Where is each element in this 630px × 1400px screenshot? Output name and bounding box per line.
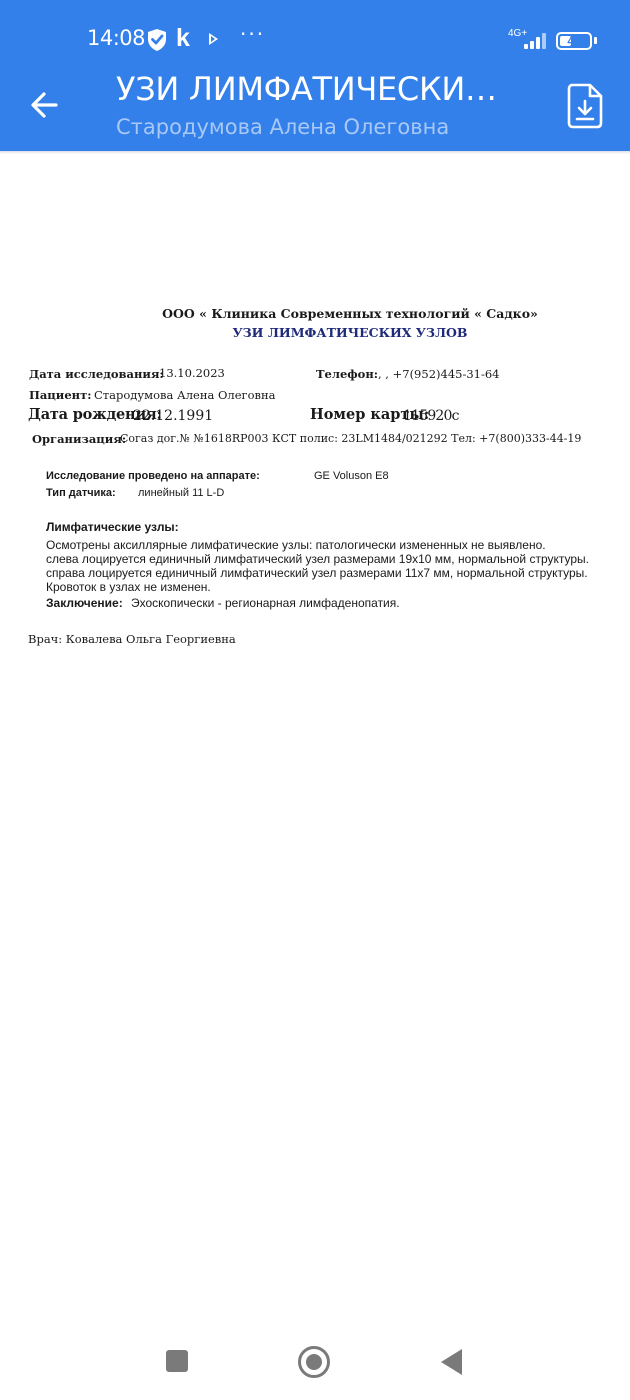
circle-home-icon[interactable] [298, 1346, 330, 1378]
document-viewer[interactable]: ООО « Клиника Современных технологий « С… [0, 154, 630, 1314]
clinic-name: ООО « Клиника Современных технологий « С… [0, 306, 630, 321]
exam-date: 13.10.2023 [159, 366, 225, 380]
shield-check-icon [146, 28, 168, 52]
patient-subtitle: Стародумова Алена Олеговна [116, 115, 449, 139]
k-app-icon: k [176, 24, 190, 53]
probe-label: Тип датчика: [46, 487, 116, 499]
signal-icon [518, 33, 548, 49]
square-recents-icon[interactable] [166, 1350, 188, 1372]
more-dots-icon: ··· [240, 22, 265, 46]
battery-icon: 41 [556, 32, 592, 50]
page-title: УЗИ ЛИМФАТИЧЕСКИХ... [116, 70, 516, 108]
exam-date-label: Дата исследования: [29, 367, 164, 381]
finding-line: справа лоцируется единичный лимфатически… [46, 566, 588, 580]
conclusion: Эхоскопически - регионарная лимфаденопат… [131, 596, 400, 610]
finding-line: Осмотрены аксиллярные лимфатические узлы… [46, 538, 546, 552]
device-label: Исследование проведено на аппарате: [46, 470, 260, 482]
status-time: 14:08 [87, 26, 145, 50]
triangle-back-icon[interactable] [441, 1349, 462, 1375]
organization: Согаз дог.№ №1618RP003 КСТ полис: 23LM14… [120, 432, 581, 445]
finding-line: слева лоцируется единичный лимфатический… [46, 552, 589, 566]
play-icon [209, 33, 218, 45]
battery-tip [594, 37, 597, 44]
system-nav-bar [0, 1320, 630, 1400]
device: GE Voluson E8 [314, 470, 389, 482]
patient-name: Стародумова Алена Олеговна [94, 388, 275, 402]
battery-level: 41 [558, 34, 590, 48]
app-bar: 14:08 k ··· 4G+ 41 УЗИ ЛИМФАТИЧЕСКИХ... … [0, 0, 630, 151]
section-title: Лимфатические узлы: [46, 520, 179, 534]
card-number: 115920с [403, 408, 459, 424]
conclusion-label: Заключение: [46, 596, 123, 610]
finding-line: Кровоток в узлах не изменен. [46, 580, 211, 594]
patient-label: Пациент: [29, 388, 91, 402]
file-download-icon[interactable] [566, 83, 604, 129]
study-title: УЗИ ЛИМФАТИЧЕСКИХ УЗЛОВ [0, 325, 630, 340]
doctor-name: Врач: Ковалева Ольга Георгиевна [28, 632, 236, 646]
phone-label: Телефон: [316, 367, 378, 381]
back-arrow-icon[interactable] [26, 85, 66, 125]
birth-date: 22.12.1991 [133, 408, 213, 424]
organization-label: Организация: [32, 432, 126, 446]
phone: , , +7(952)445-31-64 [378, 367, 500, 381]
probe: линейный 11 L-D [138, 487, 224, 499]
